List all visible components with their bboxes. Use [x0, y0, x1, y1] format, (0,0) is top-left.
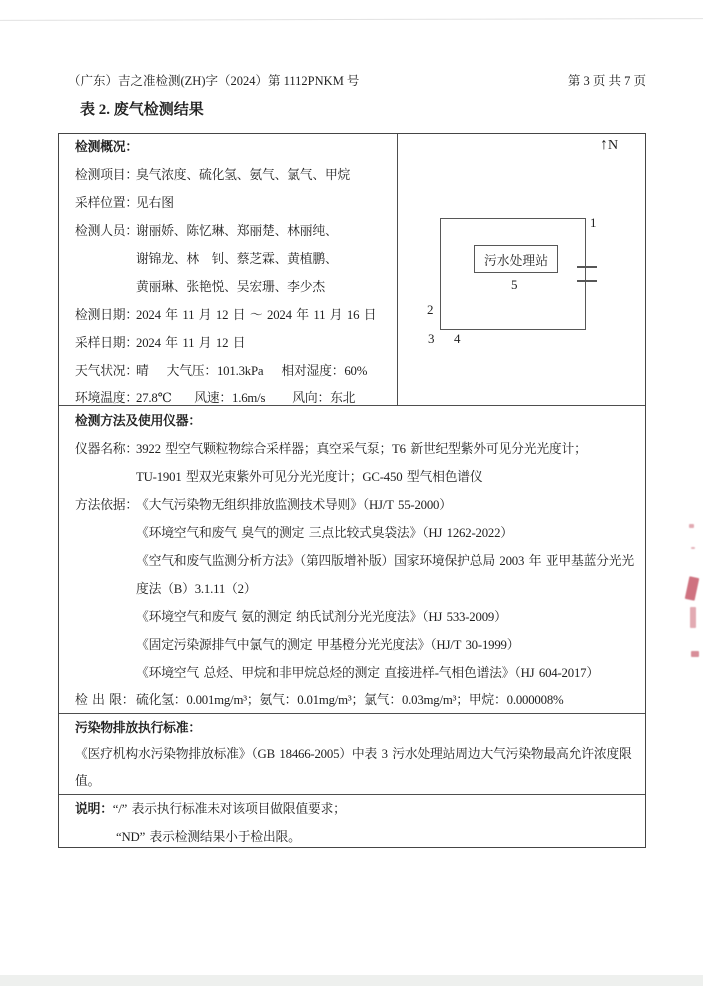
field-row: 采样位置：见右图 — [75, 195, 174, 212]
field-value: 《固定污染源排气中氯气的测定 甲基橙分光光度法》（HJ/T 30-1999） — [136, 638, 519, 652]
section-divider-2 — [59, 713, 645, 714]
field-row: 《环境空气和废气 臭气的测定 三点比较式臭袋法》（HJ 1262-2022） — [75, 525, 513, 542]
notes-label: 说明： — [75, 802, 113, 816]
sampling-point-2: 2 — [427, 302, 434, 318]
field-row: 《固定污染源排气中氯气的测定 甲基橙分光光度法》（HJ/T 30-1999） — [75, 637, 519, 654]
field-row: 检测项目：臭气浓度、硫化氢、氨气、氯气、甲烷 — [75, 167, 350, 184]
field-value: 硫化氢：0.001mg/m³；氨气：0.01mg/m³；氯气：0.03mg/m³… — [136, 693, 563, 707]
field-value: 《环境空气和废气 臭气的测定 三点比较式臭袋法》（HJ 1262-2022） — [136, 526, 513, 540]
field-row: 仪器名称：3922 型空气颗粒物综合采样器；真空采气泵；T6 新世纪型紫外可见分… — [75, 441, 587, 458]
field-value: 谢锦龙、林 钊、蔡芝霖、黄植鹏、 — [136, 252, 338, 266]
field-value: 2024 年 11 月 12 日 — [136, 336, 245, 350]
standards-text: 《医疗机构水污染物排放标准》（GB 18466-2005）中表 3 污水处理站周… — [75, 746, 632, 763]
field-value: 《大气污染物无组织排放监测技术导则》（HJ/T 55-2000） — [136, 498, 452, 512]
report-number: （广东）吉之准检测(ZH)字（2024）第 1112PNKM 号 — [68, 71, 359, 89]
field-row: 采样日期：2024 年 11 月 12 日 — [75, 335, 245, 352]
field-label: 采样位置： — [75, 195, 136, 212]
field-value: 谢丽娇、陈忆琳、郑丽楚、林丽纯、 — [136, 224, 338, 238]
field-row: 环境温度：27.8℃ 风速：1.6m/s 风向：东北 — [75, 390, 355, 407]
field-value: 黄丽琳、张艳悦、吴宏珊、李少杰 — [136, 280, 325, 294]
red-stamp-mark — [689, 524, 694, 528]
standards-text: 值。 — [75, 773, 100, 790]
field-label: 检测人员： — [75, 223, 136, 240]
field-value: 度法（B）3.1.11（2） — [136, 582, 256, 596]
sampling-point-4: 4 — [454, 331, 461, 347]
standards-heading: 污染物排放执行标准： — [75, 720, 201, 737]
overview-heading: 检测概况： — [75, 139, 138, 156]
field-value: 27.8℃ 风速：1.6m/s 风向：东北 — [136, 391, 355, 405]
field-row: 《环境空气 总烃、甲烷和非甲烷总烃的测定 直接进样-气相色谱法》（HJ 604-… — [75, 665, 599, 682]
page-indicator: 第 3 页 共 7 页 — [568, 71, 646, 89]
field-label: 天气状况： — [75, 363, 136, 380]
field-value: 臭气浓度、硫化氢、氨气、氯气、甲烷 — [136, 168, 350, 182]
methods-heading: 检测方法及使用仪器： — [75, 413, 201, 430]
field-value: 2024 年 11 月 12 日 ～ 2024 年 11 月 16 日 — [136, 308, 376, 322]
red-stamp-mark — [685, 576, 700, 601]
notes-row: “ND” 表示检测结果小于检出限。 — [116, 829, 301, 846]
field-row: 谢锦龙、林 钊、蔡芝霖、黄植鹏、 — [75, 251, 338, 268]
field-value: 3922 型空气颗粒物综合采样器；真空采气泵；T6 新世纪型紫外可见分光光度计； — [136, 442, 587, 456]
field-label: 环境温度： — [75, 390, 136, 407]
field-row: 天气状况：晴 大气压：101.3kPa 相对湿度：60% — [75, 363, 367, 380]
sampling-point-5: 5 — [511, 277, 518, 293]
field-row: 检 出 限：硫化氢：0.001mg/m³；氨气：0.01mg/m³；氯气：0.0… — [75, 692, 563, 709]
field-row: 《空气和废气监测分析方法》（第四版增补版）国家环境保护总局 2003 年 亚甲基… — [75, 553, 634, 570]
field-value: 《空气和废气监测分析方法》（第四版增补版）国家环境保护总局 2003 年 亚甲基… — [136, 554, 634, 568]
field-value: 晴 大气压：101.3kPa 相对湿度：60% — [136, 364, 367, 378]
field-label: 采样日期： — [75, 335, 136, 352]
north-indicator: ↑N — [600, 136, 618, 154]
paper-edge-line — [0, 18, 703, 21]
section-divider-3 — [59, 794, 645, 795]
notes-text: “/” 表示执行标准未对该项目做限值要求； — [113, 802, 346, 816]
red-stamp-mark — [690, 607, 696, 628]
field-label: 检测项目： — [75, 167, 136, 184]
field-row: 《环境空气和废气 氨的测定 纳氏试剂分光光度法》（HJ 533-2009） — [75, 609, 507, 626]
site-boundary — [440, 218, 586, 330]
gate-tick — [577, 266, 597, 268]
north-label: N — [608, 138, 618, 153]
field-value: 《环境空气和废气 氨的测定 纳氏试剂分光光度法》（HJ 533-2009） — [136, 610, 507, 624]
field-row: 度法（B）3.1.11（2） — [75, 581, 256, 598]
field-row: 黄丽琳、张艳悦、吴宏珊、李少杰 — [75, 279, 325, 296]
field-label: 方法依据： — [75, 497, 136, 514]
table-title: 表 2. 废气检测结果 — [80, 98, 204, 119]
north-arrow-icon: ↑ — [600, 136, 608, 153]
notes-text: “ND” 表示检测结果小于检出限。 — [116, 830, 301, 844]
scanned-report-page: （广东）吉之准检测(ZH)字（2024）第 1112PNKM 号 第 3 页 共… — [0, 0, 703, 994]
sampling-point-3: 3 — [428, 331, 435, 347]
field-row: 检测人员：谢丽娇、陈忆琳、郑丽楚、林丽纯、 — [75, 223, 338, 240]
sampling-point-1: 1 — [590, 215, 597, 231]
sewage-station-box: 污水处理站 — [474, 245, 558, 273]
column-divider — [397, 134, 398, 405]
notes-row: 说明：“/” 表示执行标准未对该项目做限值要求； — [75, 801, 346, 818]
sewage-station-label: 污水处理站 — [484, 250, 548, 269]
field-label: 检测日期： — [75, 307, 136, 324]
scan-shadow-band — [0, 975, 703, 986]
red-stamp-mark — [691, 651, 699, 657]
field-row: TU-1901 型双光束紫外可见分光光度计；GC-450 型气相色谱仪 — [75, 469, 482, 486]
field-label: 仪器名称： — [75, 441, 136, 458]
gate-tick — [577, 280, 597, 282]
field-value: 见右图 — [136, 196, 174, 210]
red-stamp-mark — [691, 547, 695, 549]
field-value: TU-1901 型双光束紫外可见分光光度计；GC-450 型气相色谱仪 — [136, 470, 482, 484]
field-label: 检 出 限： — [75, 692, 136, 709]
field-value: 《环境空气 总烃、甲烷和非甲烷总烃的测定 直接进样-气相色谱法》（HJ 604-… — [136, 666, 599, 680]
field-row: 方法依据：《大气污染物无组织排放监测技术导则》（HJ/T 55-2000） — [75, 497, 452, 514]
field-row: 检测日期：2024 年 11 月 12 日 ～ 2024 年 11 月 16 日 — [75, 307, 376, 324]
